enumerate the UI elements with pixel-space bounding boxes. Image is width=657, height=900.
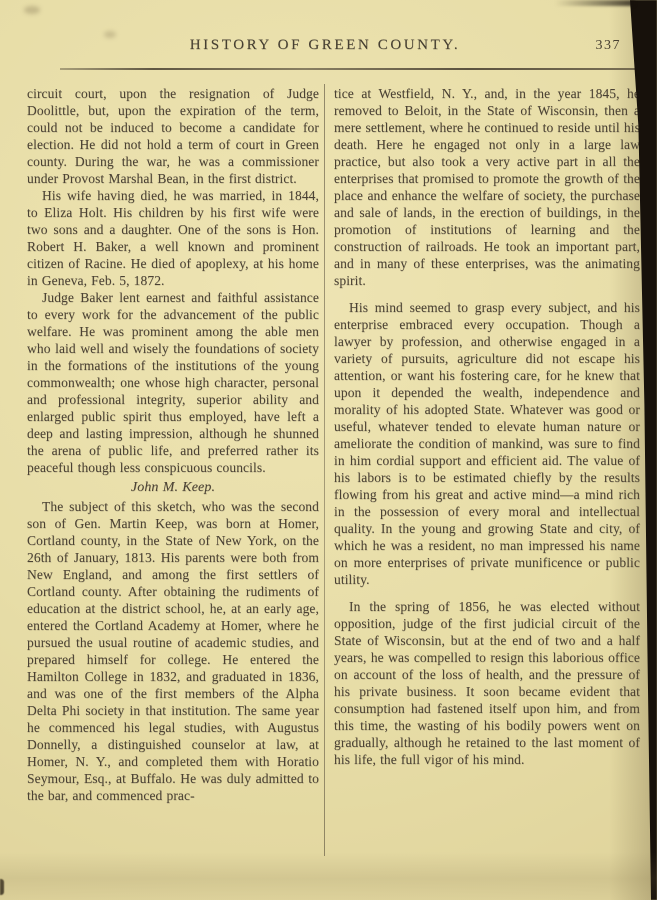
page-bottom-shadow [0, 852, 657, 900]
right-column: tice at Westfield, N. Y., and, in the ye… [334, 85, 640, 768]
paragraph-in-the-spring: In the spring of 1856, he was elected wi… [334, 598, 640, 768]
paragraph-his-mind: His mind seemed to grasp every subject, … [334, 299, 640, 588]
paragraph-circuit-court: circuit court, upon the resignation of J… [27, 85, 319, 187]
page-number: 337 [596, 38, 622, 54]
paragraph-his-wife: His wife having died, he was married, in… [27, 187, 319, 289]
page-header-title: HISTORY OF GREEN COUNTY. [28, 37, 622, 54]
left-column: circuit court, upon the resignation of J… [27, 85, 319, 804]
book-page: HISTORY OF GREEN COUNTY. 337 circuit cou… [0, 0, 657, 900]
paragraph-the-subject: The subject of this sketch, who was the … [27, 498, 319, 804]
column-divider [324, 84, 325, 856]
paragraph-judge-baker: Judge Baker lent earnest and faithful as… [27, 289, 319, 476]
section-heading-john-m-keep: John M. Keep. [27, 479, 319, 496]
paper-smudge [24, 6, 40, 14]
paragraph-tice-at-westfield: tice at Westfield, N. Y., and, in the ye… [334, 85, 640, 289]
scan-edge-bottom-sliver [0, 879, 4, 895]
scan-edge-top-fringe [555, 0, 635, 6]
header-rule [60, 68, 643, 70]
